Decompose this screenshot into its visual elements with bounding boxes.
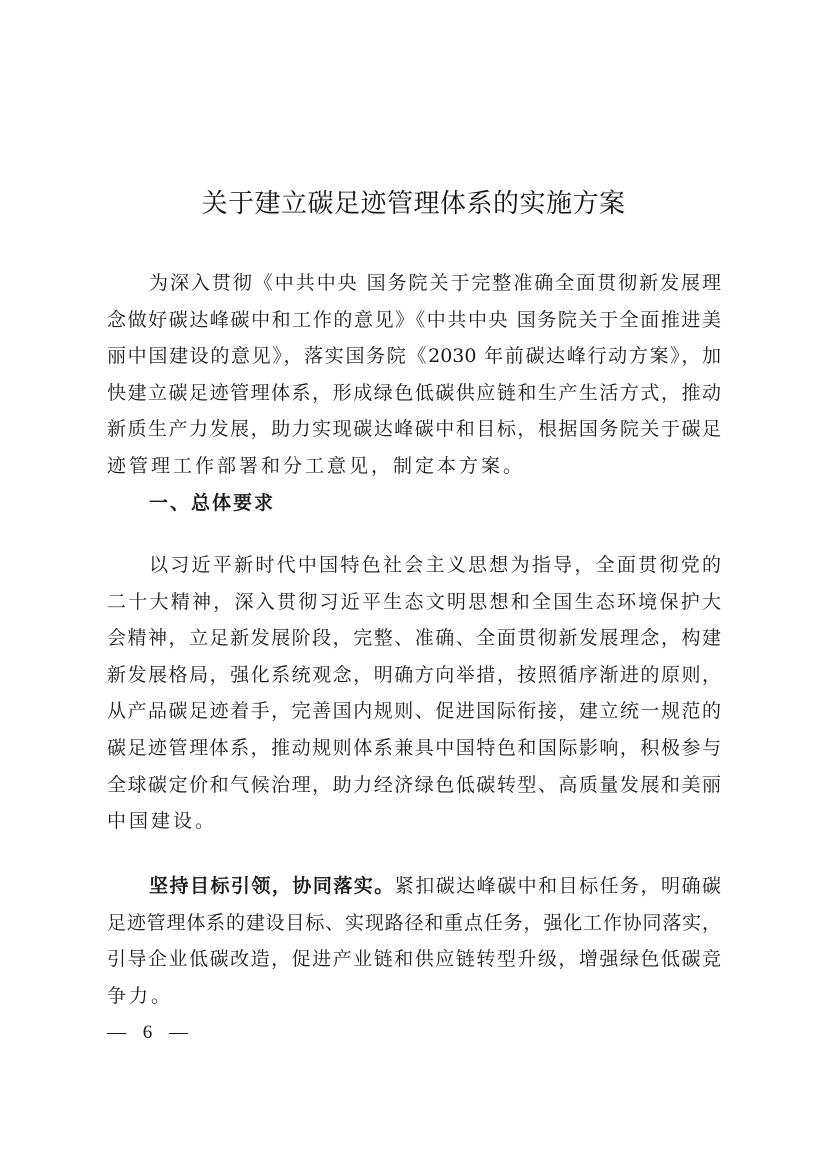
text-line: 会精神，立足新发展阶段，完整、准确、全面贯彻新发展理念，构建 — [107, 620, 721, 657]
text-line: 为深入贯彻《中共中央 国务院关于完整准确全面贯彻新发展理 — [107, 265, 721, 302]
text-line: 丽中国建设的意见》，落实国务院《2030 年前碳达峰行动方案》，加 — [107, 338, 721, 375]
text-line: 坚持目标引领，协同落实。紧扣碳达峰碳中和目标任务，明确碳 — [107, 868, 721, 905]
text-line: 以习近平新时代中国特色社会主义思想为指导，全面贯彻党的 — [107, 547, 721, 584]
text-line: 快建立碳足迹管理体系，形成绿色低碳供应链和生产生活方式，推动 — [107, 375, 721, 412]
principle-first-line-rest: 紧扣碳达峰碳中和目标任务，明确碳 — [395, 875, 721, 897]
principle-paragraph: 坚持目标引领，协同落实。紧扣碳达峰碳中和目标任务，明确碳 足迹管理体系的建设目标… — [107, 868, 721, 1014]
text-line: 新质生产力发展，助力实现碳达峰碳中和目标，根据国务院关于碳足 — [107, 411, 721, 448]
text-line: 二十大精神，深入贯彻习近平生态文明思想和全国生态环境保护大 — [107, 584, 721, 621]
text-line: 争力。 — [107, 978, 721, 1015]
document-page: 关于建立碳足迹管理体系的实施方案 为深入贯彻《中共中央 国务院关于完整准确全面贯… — [0, 0, 827, 1169]
text-line: 念做好碳达峰碳中和工作的意见》《中共中央 国务院关于全面推进美 — [107, 302, 721, 339]
text-line: 足迹管理体系的建设目标、实现路径和重点任务，强化工作协同落实， — [107, 905, 721, 942]
text-line: 全球碳定价和气候治理，助力经济绿色低碳转型、高质量发展和美丽 — [107, 767, 721, 804]
text-line: 迹管理工作部署和分工意见，制定本方案。 — [107, 448, 721, 485]
page-number: — 6 — — [107, 1022, 194, 1044]
text-line: 碳足迹管理体系，推动规则体系兼具中国特色和国际影响，积极参与 — [107, 730, 721, 767]
section-heading: 一、总体要求 — [107, 485, 721, 522]
document-title: 关于建立碳足迹管理体系的实施方案 — [0, 184, 827, 224]
principle-lead: 坚持目标引领，协同落实。 — [149, 875, 395, 897]
section-1-paragraph: 以习近平新时代中国特色社会主义思想为指导，全面贯彻党的 二十大精神，深入贯彻习近… — [107, 547, 721, 840]
text-line: 从产品碳足迹着手，完善国内规则、促进国际衔接，建立统一规范的 — [107, 693, 721, 730]
text-line: 新发展格局，强化系统观念，明确方向举措，按照循序渐进的原则， — [107, 657, 721, 694]
text-line: 中国建设。 — [107, 803, 721, 840]
text-line: 引导企业低碳改造，促进产业链和供应链转型升级，增强绿色低碳竞 — [107, 941, 721, 978]
intro-paragraph: 为深入贯彻《中共中央 国务院关于完整准确全面贯彻新发展理 念做好碳达峰碳中和工作… — [107, 265, 721, 521]
